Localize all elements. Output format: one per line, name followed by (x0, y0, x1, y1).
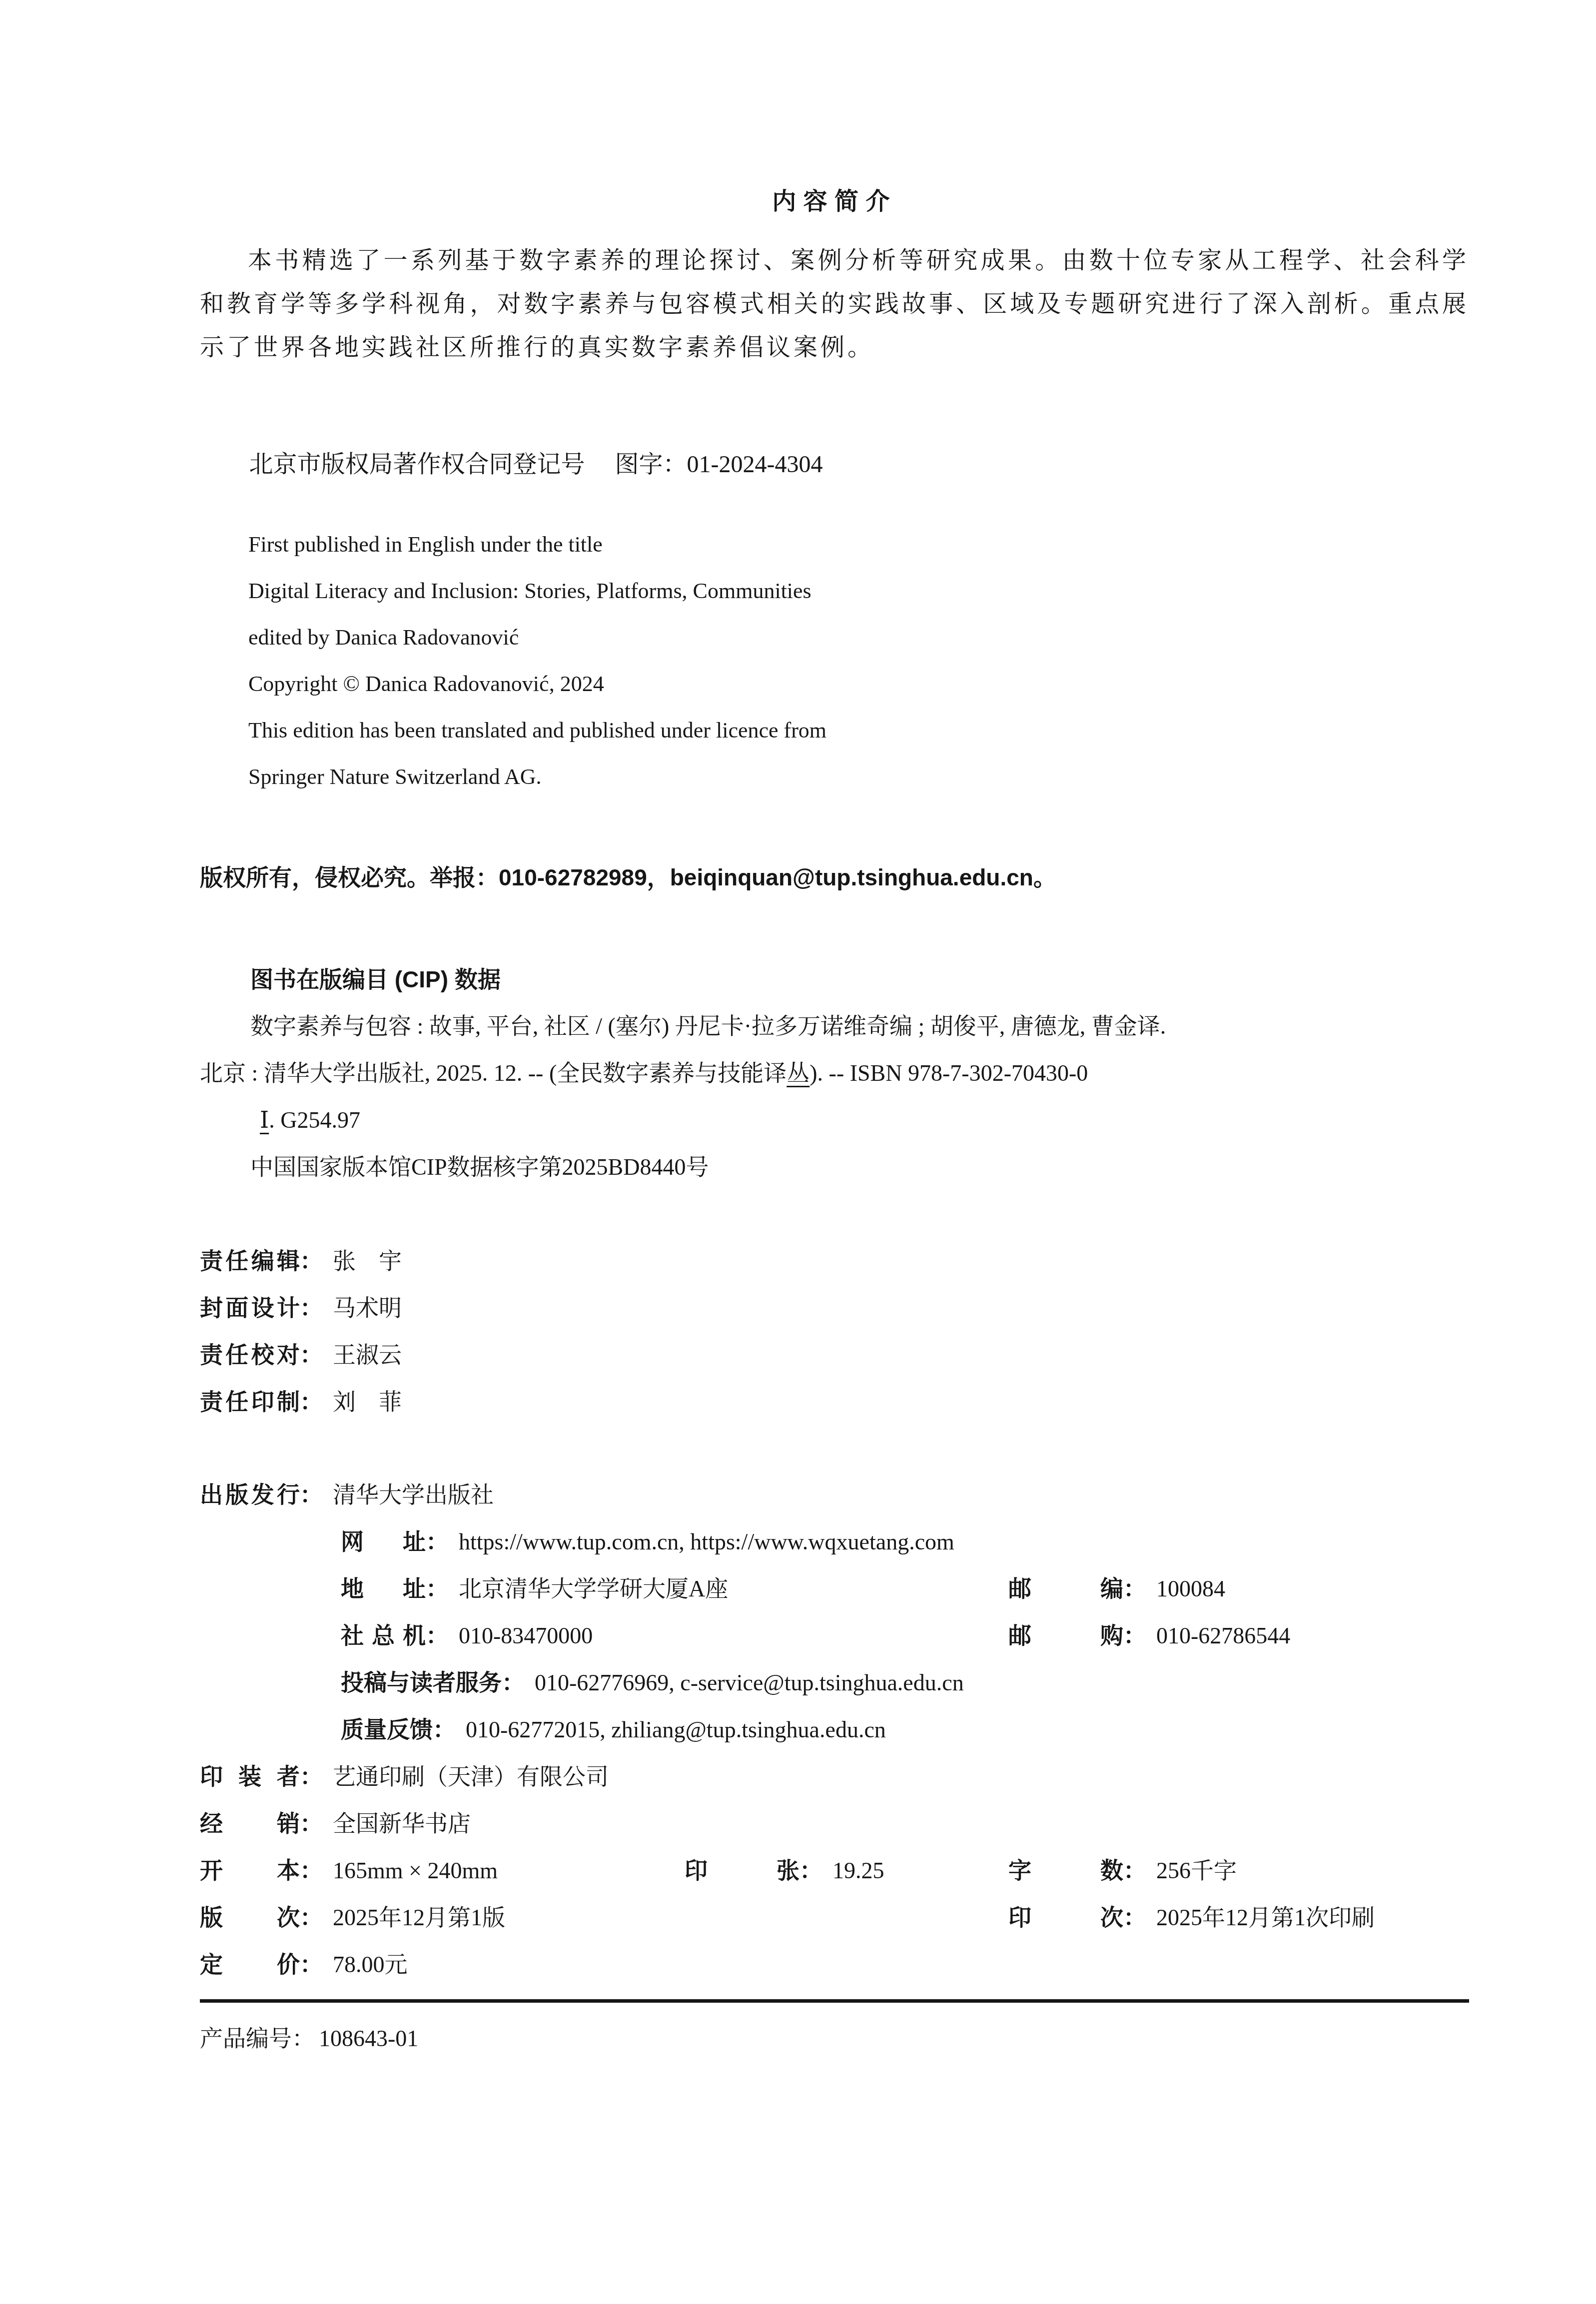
staff-value-print-supervisor: 刘 菲 (333, 1389, 402, 1415)
label-colon: ： (1123, 1857, 1146, 1883)
website-label: 网址 (341, 1518, 426, 1565)
address-label: 地址 (341, 1565, 426, 1612)
edition-value: 2025年12月第1版 (333, 1905, 505, 1930)
pub-row-format: 开本：165mm × 240mm 印张：19.25 字数：256千字 (200, 1847, 1469, 1894)
cip-isbn-text: ). -- ISBN 978-7-302-70430-0 (809, 1060, 1088, 1086)
english-line-editor: edited by Danica Radovanović (200, 614, 1469, 661)
label-colon: ： (300, 1248, 323, 1274)
label-colon: ： (300, 1857, 323, 1883)
pub-row-switchboard: 社总机：010-83470000 邮购：010-62786544 (200, 1612, 1469, 1659)
label-colon: ： (433, 1716, 456, 1742)
distributor-label: 经销 (200, 1800, 300, 1847)
label-colon: ： (426, 1529, 449, 1554)
address-value: 北京清华大学学研大厦A座 (459, 1576, 728, 1601)
distributor-value: 全国新华书店 (333, 1811, 471, 1836)
mailorder-value: 010-62786544 (1156, 1623, 1290, 1648)
product-number-label: 产品编号 (200, 2026, 292, 2051)
label-colon: ： (300, 1482, 323, 1508)
label-colon: ： (502, 1669, 525, 1695)
cip-heading: 图书在版编目 (CIP) 数据 (200, 956, 1469, 1003)
switchboard-value: 010-83470000 (459, 1623, 593, 1648)
postcode-value: 100084 (1156, 1576, 1225, 1601)
label-colon: ： (300, 1904, 323, 1930)
label-colon: ： (300, 1763, 323, 1789)
pub-row-printer: 印装者：艺通印刷（天津）有限公司 (200, 1753, 1469, 1800)
label-colon: ： (300, 1951, 323, 1977)
reader-service-label: 投稿与读者服务 (341, 1659, 502, 1706)
staff-label-cover-designer: 封面设计 (200, 1284, 300, 1331)
cip-series-underlined-char: 丛 (787, 1060, 809, 1086)
label-colon: ： (1123, 1904, 1146, 1930)
label-colon: ： (300, 1295, 323, 1321)
staff-label-print-supervisor: 责任印制 (200, 1378, 300, 1425)
staff-list: 责任编辑：张 宇 封面设计：马术明 责任校对：王淑云 责任印制：刘 菲 (200, 1237, 1469, 1425)
label-colon: ： (426, 1575, 449, 1601)
mailorder-label: 邮购 (1008, 1612, 1123, 1659)
price-label: 定价 (200, 1941, 300, 1988)
label-colon: ： (426, 1622, 449, 1648)
staff-row-proofreader: 责任校对：王淑云 (200, 1331, 1469, 1378)
english-line-first-published: First published in English under the tit… (200, 521, 1469, 568)
label-colon: ： (300, 1810, 323, 1836)
page-title: 内容简介 (200, 186, 1469, 218)
impression-value: 2025年12月第1次印刷 (1156, 1905, 1375, 1930)
sheets-value: 19.25 (832, 1858, 884, 1883)
format-label: 开本 (200, 1847, 300, 1894)
website-urls: https://www.tup.com.cn, https://www.wqxu… (459, 1529, 954, 1554)
publisher-value: 清华大学出版社 (333, 1482, 494, 1508)
label-colon: ： (1123, 1575, 1146, 1601)
sheets-label: 印张 (685, 1847, 799, 1894)
staff-row-print-supervisor: 责任印制：刘 菲 (200, 1378, 1469, 1425)
pub-row-website: 网址：https://www.tup.com.cn, https://www.w… (200, 1518, 1469, 1565)
label-colon: ： (799, 1857, 822, 1883)
english-line-original-title: Digital Literacy and Inclusion: Stories,… (200, 568, 1469, 614)
pub-row-price: 定价：78.00元 (200, 1941, 1469, 1988)
cip-class-numeral: Ⅰ (260, 1107, 269, 1133)
colophon-page: 内容简介 本书精选了一系列基于数字素养的理论探讨、案例分析等研究成果。由数十位专… (0, 0, 1596, 2304)
publisher-label: 出版发行 (200, 1471, 300, 1518)
cip-class-code: . G254.97 (269, 1107, 360, 1133)
printer-value: 艺通印刷（天津）有限公司 (333, 1764, 609, 1789)
price-value: 78.00元 (333, 1952, 408, 1977)
impression-label: 印次 (1008, 1894, 1123, 1941)
quality-feedback-value: 010-62772015, zhiliang@tup.tsinghua.edu.… (466, 1717, 886, 1742)
staff-value-cover-designer: 马术明 (333, 1295, 402, 1321)
cip-classification-line: Ⅰ. G254.97 (200, 1097, 1469, 1144)
cip-record-number-line: 中国国家版本馆CIP数据核字第2025BD8440号 (200, 1144, 1469, 1191)
pub-row-quality-feedback: 质量反馈：010-62772015, zhiliang@tup.tsinghua… (200, 1706, 1469, 1753)
staff-label-proofreader: 责任校对 (200, 1331, 300, 1378)
pub-row-address: 地址：北京清华大学学研大厦A座 邮编：100084 (200, 1565, 1469, 1612)
edition-label: 版次 (200, 1894, 300, 1941)
char-count-label: 字数 (1008, 1847, 1123, 1894)
printer-label: 印装者 (200, 1753, 300, 1800)
staff-value-proofreader: 王淑云 (333, 1342, 402, 1368)
postcode-label: 邮编 (1008, 1565, 1123, 1612)
quality-feedback-label: 质量反馈 (341, 1706, 433, 1753)
staff-value-editor: 张 宇 (333, 1248, 402, 1274)
piracy-notice: 版权所有，侵权必究。举报：010-62782989，beiqinquan@tup… (200, 854, 1469, 901)
product-number-value: 108643-01 (319, 2026, 418, 2051)
pub-row-edition: 版次：2025年12月第1版 印次：2025年12月第1次印刷 (200, 1894, 1469, 1941)
cip-publisher-isbn-line: 北京 : 清华大学出版社, 2025. 12. -- (全民数字素养与技能译丛)… (200, 1050, 1469, 1097)
label-colon: ： (300, 1389, 323, 1415)
cip-description-line: 数字素养与包容 : 故事, 平台, 社区 / (塞尔) 丹尼卡·拉多万诺维奇编 … (200, 1003, 1469, 1050)
registration-label: 北京市版权局著作权合同登记号 (249, 451, 585, 478)
label-colon: ： (1123, 1622, 1146, 1648)
pub-row-publisher: 出版发行：清华大学出版社 (200, 1471, 1469, 1518)
pub-row-distributor: 经销：全国新华书店 (200, 1800, 1469, 1847)
english-line-copyright: Copyright © Danica Radovanović, 2024 (200, 661, 1469, 707)
pub-row-reader-service: 投稿与读者服务：010-62776969, c-service@tup.tsin… (200, 1659, 1469, 1706)
label-colon: ： (292, 2026, 315, 2051)
product-number-line: 产品编号：108643-01 (200, 2015, 1469, 2062)
char-count-value: 256千字 (1156, 1858, 1237, 1883)
english-line-licence: This edition has been translated and pub… (200, 707, 1469, 754)
intro-paragraph: 本书精选了一系列基于数字素养的理论探讨、案例分析等研究成果。由数十位专家从工程学… (200, 239, 1469, 369)
publishing-info: 出版发行：清华大学出版社 网址：https://www.tup.com.cn, … (200, 1471, 1469, 1988)
label-colon: ： (300, 1342, 323, 1368)
english-copyright-block: First published in English under the tit… (200, 521, 1469, 800)
staff-row-cover-designer: 封面设计：马术明 (200, 1284, 1469, 1331)
staff-label-editor: 责任编辑 (200, 1237, 300, 1284)
reader-service-value: 010-62776969, c-service@tup.tsinghua.edu… (535, 1670, 964, 1695)
registration-number: 图字：01-2024-4304 (615, 451, 822, 478)
format-value: 165mm × 240mm (333, 1858, 498, 1883)
cip-block: 图书在版编目 (CIP) 数据 数字素养与包容 : 故事, 平台, 社区 / (… (200, 956, 1469, 1191)
copyright-registration-line: 北京市版权局著作权合同登记号图字：01-2024-4304 (200, 441, 1469, 488)
switchboard-label: 社总机 (341, 1612, 426, 1659)
staff-row-editor: 责任编辑：张 宇 (200, 1237, 1469, 1284)
divider (200, 1999, 1469, 2003)
cip-publisher-text: 北京 : 清华大学出版社, 2025. 12. -- (全民数字素养与技能译 (200, 1060, 787, 1086)
english-line-springer: Springer Nature Switzerland AG. (200, 754, 1469, 800)
